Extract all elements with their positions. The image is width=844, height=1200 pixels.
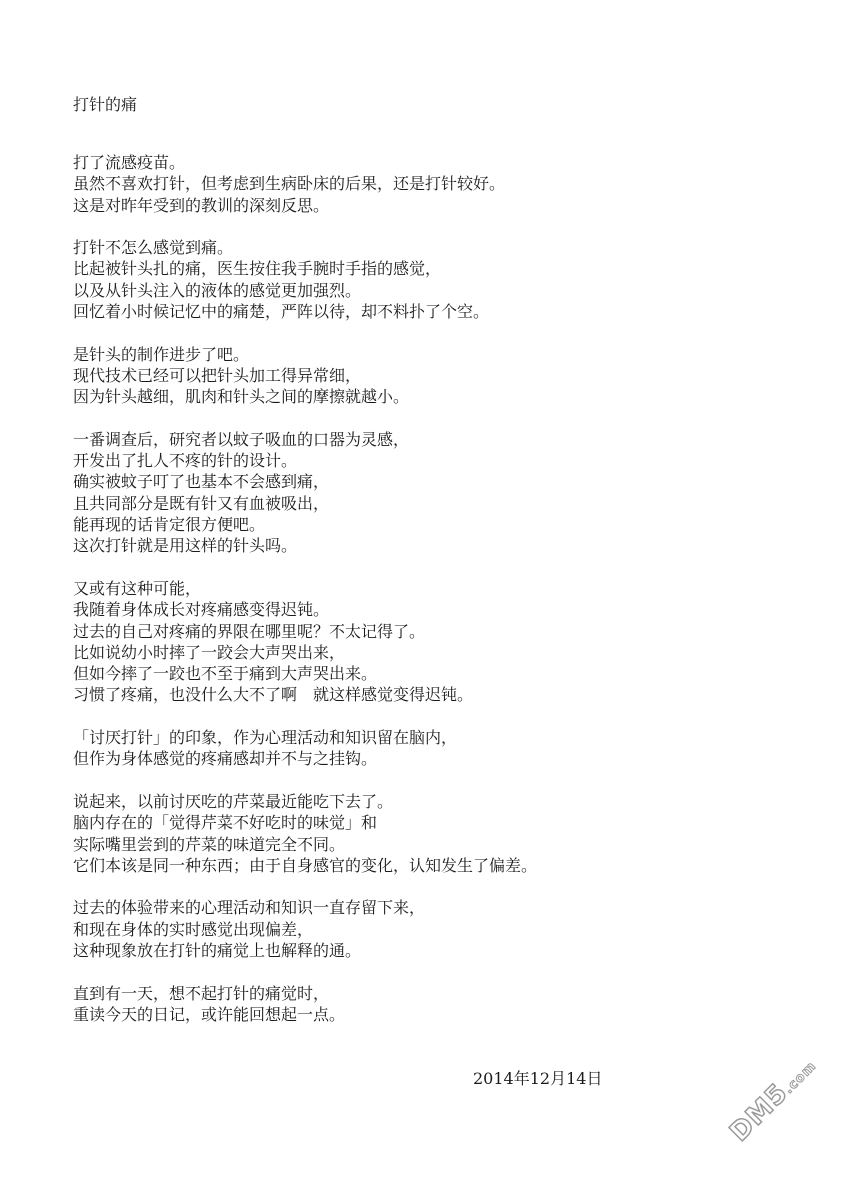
text-line: 重读今天的日记，或许能回想起一点。 [73, 1004, 773, 1025]
text-line: 说起来，以前讨厌吃的芹菜最近能吃下去了。 [73, 791, 773, 812]
watermark-logo: DM5.com [724, 1050, 821, 1147]
text-line: 且共同部分是既有针又有血被吸出， [73, 493, 773, 514]
text-line: 直到有一天，想不起打针的痛觉时， [73, 983, 773, 1004]
text-line: 一番调查后，研究者以蚊子吸血的口器为灵感， [73, 429, 773, 450]
text-line: 这次打针就是用这样的针头吗。 [73, 535, 773, 556]
text-line: 比起被针头扎的痛，医生按住我手腕时手指的感觉， [73, 258, 773, 279]
text-line: 「讨厌打针」的印象，作为心理活动和知识留在脑内， [73, 727, 773, 748]
text-line: 这是对昨年受到的教训的深刻反思。 [73, 195, 773, 216]
paragraph-7: 说起来，以前讨厌吃的芹菜最近能吃下去了。 脑内存在的「觉得芹菜不好吃时的味觉」和… [73, 791, 773, 876]
paragraph-4: 一番调查后，研究者以蚊子吸血的口器为灵感， 开发出了扎人不疼的针的设计。 确实被… [73, 429, 773, 557]
text-line: 虽然不喜欢打针，但考虑到生病卧床的后果，还是打针较好。 [73, 173, 773, 194]
document-title: 打针的痛 [73, 94, 137, 116]
paragraph-1: 打了流感疫苗。 虽然不喜欢打针，但考虑到生病卧床的后果，还是打针较好。 这是对昨… [73, 152, 773, 216]
text-line: 我随着身体成长对疼痛感变得迟钝。 [73, 599, 773, 620]
text-line: 它们本该是同一种东西；由于自身感官的变化，认知发生了偏差。 [73, 855, 773, 876]
text-line: 比如说幼小时摔了一跤会大声哭出来， [73, 642, 773, 663]
text-line: 但作为身体感觉的疼痛感却并不与之挂钩。 [73, 748, 773, 769]
paragraph-6: 「讨厌打针」的印象，作为心理活动和知识留在脑内， 但作为身体感觉的疼痛感却并不与… [73, 727, 773, 770]
watermark-suffix: .com [781, 1059, 819, 1097]
text-line: 现代技术已经可以把针头加工得异常细， [73, 365, 773, 386]
text-line: 这种现象放在打针的痛觉上也解释的通。 [73, 940, 773, 961]
text-line: 以及从针头注入的液体的感觉更加强烈。 [73, 280, 773, 301]
document-date: 2014年12月14日 [473, 1068, 602, 1090]
paragraph-2: 打针不怎么感觉到痛。 比起被针头扎的痛，医生按住我手腕时手指的感觉， 以及从针头… [73, 237, 773, 322]
document-body: 打了流感疫苗。 虽然不喜欢打针，但考虑到生病卧床的后果，还是打针较好。 这是对昨… [73, 152, 773, 1046]
paragraph-5: 又或有这种可能， 我随着身体成长对疼痛感变得迟钝。 过去的自己对疼痛的界限在哪里… [73, 578, 773, 706]
text-line: 能再现的话肯定很方便吧。 [73, 514, 773, 535]
text-line: 因为针头越细，肌肉和针头之间的摩擦就越小。 [73, 386, 773, 407]
paragraph-9: 直到有一天，想不起打针的痛觉时， 重读今天的日记，或许能回想起一点。 [73, 983, 773, 1026]
text-line: 是针头的制作进步了吧。 [73, 344, 773, 365]
text-line: 又或有这种可能， [73, 578, 773, 599]
text-line: 过去的自己对疼痛的界限在哪里呢？不太记得了。 [73, 621, 773, 642]
paragraph-8: 过去的体验带来的心理活动和知识一直存留下来， 和现在身体的实时感觉出现偏差， 这… [73, 897, 773, 961]
text-line: 开发出了扎人不疼的针的设计。 [73, 450, 773, 471]
text-line: 习惯了疼痛，也没什么大不了啊 就这样感觉变得迟钝。 [73, 684, 773, 705]
text-line: 但如今摔了一跤也不至于痛到大声哭出来。 [73, 663, 773, 684]
text-line: 实际嘴里尝到的芹菜的味道完全不同。 [73, 834, 773, 855]
text-line: 过去的体验带来的心理活动和知识一直存留下来， [73, 897, 773, 918]
text-line: 打针不怎么感觉到痛。 [73, 237, 773, 258]
text-line: 确实被蚊子叮了也基本不会感到痛， [73, 471, 773, 492]
text-line: 和现在身体的实时感觉出现偏差， [73, 919, 773, 940]
text-line: 脑内存在的「觉得芹菜不好吃时的味觉」和 [73, 812, 773, 833]
text-line: 回忆着小时候记忆中的痛楚，严阵以待，却不料扑了个空。 [73, 301, 773, 322]
paragraph-3: 是针头的制作进步了吧。 现代技术已经可以把针头加工得异常细， 因为针头越细，肌肉… [73, 344, 773, 408]
text-line: 打了流感疫苗。 [73, 152, 773, 173]
